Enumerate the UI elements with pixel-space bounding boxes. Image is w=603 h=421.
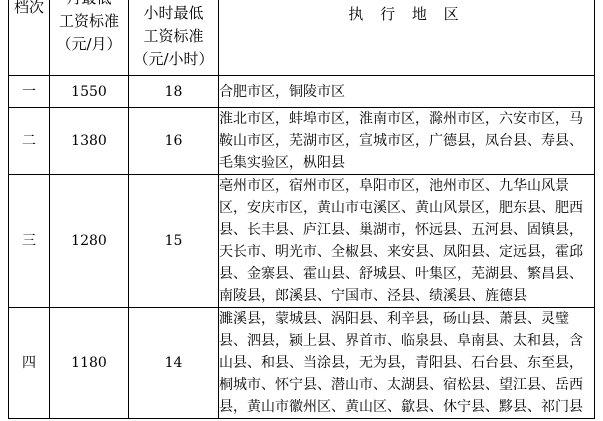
regions-cell: 淮北市区，蚌埠市区，淮南市区，滁州市区，六安市区，马鞍山市区，芜湖市区，宣城市区…: [219, 108, 595, 175]
monthly-wage-cell: 1550: [50, 76, 129, 108]
hourly-wage-cell: 16: [129, 108, 219, 175]
header-row: 档次 月最低 工资标准 （元/月） 小时最低 工资标准 （元/小时）: [9, 0, 595, 76]
page: { "page": { "background_color": "#ffffff…: [0, 0, 603, 421]
minimum-wage-table-container: 档次 月最低 工资标准 （元/月） 小时最低 工资标准 （元/小时）: [8, 0, 595, 419]
monthly-wage-cell: 1280: [50, 175, 129, 308]
monthly-wage-cell: 1180: [50, 308, 129, 419]
minimum-wage-table: 档次 月最低 工资标准 （元/月） 小时最低 工资标准 （元/小时）: [8, 0, 595, 419]
header-hourly-wage-label: 小时最低 工资标准 （元/小时）: [129, 0, 218, 71]
header-grade-label: 档次: [9, 0, 49, 19]
grade-cell: 三: [9, 175, 50, 308]
header-regions: 执 行 地 区: [219, 0, 595, 76]
header-regions-label: 执 行 地 区: [219, 0, 594, 26]
regions-cell: 合肥市区，铜陵市区: [219, 76, 595, 108]
header-grade: 档次: [9, 0, 50, 76]
hourly-wage-cell: 15: [129, 175, 219, 308]
grade-cell: 四: [9, 308, 50, 419]
hourly-wage-cell: 18: [129, 76, 219, 108]
grade-cell: 二: [9, 108, 50, 175]
header-monthly-wage-label: 月最低 工资标准 （元/月）: [50, 0, 128, 56]
regions-cell: 濉溪县，蒙城县、涡阳县、利辛县，砀山县、萧县、灵璧县、泗县，颍上县、界首市、临泉…: [219, 308, 595, 419]
grade-cell: 一: [9, 76, 50, 108]
table-row-grade-4: 四 1180 14 濉溪县，蒙城县、涡阳县、利辛县，砀山县、萧县、灵璧县、泗县，…: [9, 308, 595, 419]
monthly-wage-cell: 1380: [50, 108, 129, 175]
regions-cell: 亳州市区，宿州市区，阜阳市区，池州市区、九华山风景区，安庆市区，黄山市屯溪区、黄…: [219, 175, 595, 308]
table-row-grade-1: 一 1550 18 合肥市区，铜陵市区: [9, 76, 595, 108]
header-monthly-wage: 月最低 工资标准 （元/月）: [50, 0, 129, 76]
hourly-wage-cell: 14: [129, 308, 219, 419]
table-row-grade-3: 三 1280 15 亳州市区，宿州市区，阜阳市区，池州市区、九华山风景区，安庆市…: [9, 175, 595, 308]
header-hourly-wage: 小时最低 工资标准 （元/小时）: [129, 0, 219, 76]
table-row-grade-2: 二 1380 16 淮北市区，蚌埠市区，淮南市区，滁州市区，六安市区，马鞍山市区…: [9, 108, 595, 175]
